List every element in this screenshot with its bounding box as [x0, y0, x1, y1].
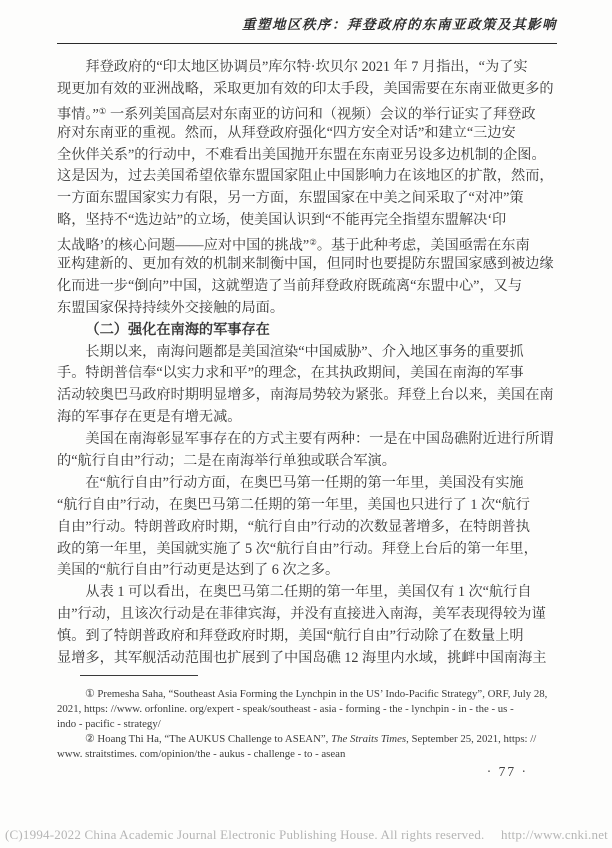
body-line: 在“航行自由”行动方面，在奥巴马第一任期的第一年里，美国没有实施 [57, 473, 559, 495]
footer-url: http://www.cnki.net [501, 827, 608, 843]
body-line: 政的第一年里，美国就实施了 5 次“航行自由”行动。拜登上台后的第一年里， [57, 539, 559, 561]
body-line: 全伙伴关系”的行动中，不难看出美国抛开东盟在东南亚另设多边机制的企图。 [57, 145, 559, 167]
header-rule [57, 43, 557, 44]
footnote-line: www. straitstimes. com/opinion/the - auk… [57, 747, 561, 762]
body-line: 手。特朗普信奉“以实力求和平”的理念，在其执政期间，美国在南海的军事 [57, 363, 559, 385]
body-line: “航行自由”行动，在奥巴马第二任期的第一年里，美国也只进行了 1 次“航行 [57, 495, 559, 517]
body-line: 亚构建新的、更加有效的机制来制衡中国，但同时也要提防东盟国家感到被边缘 [57, 254, 559, 276]
body-line: 美国的“航行自由”行动更是达到了 6 次之多。 [57, 560, 559, 582]
body-line: 长期以来，南海问题都是美国渲染“中国威胁”、介入地区事务的重要抓 [57, 342, 559, 364]
body-text: 拜登政府的“印太地区协调员”库尔特·坎贝尔 2021 年 7 月指出，“为了实现… [57, 57, 559, 670]
footnote-ref: ② [309, 237, 317, 247]
footnote-line: ② Hoang Thi Ha, “The AUKUS Challenge to … [57, 732, 561, 747]
body-line: 这是因为，过去美国希望依靠东盟国家阻止中国影响力在该地区的扩散，然而， [57, 166, 559, 188]
body-line: 拜登政府的“印太地区协调员”库尔特·坎贝尔 2021 年 7 月指出，“为了实 [57, 57, 559, 79]
footnotes: ① Premesha Saha, “Southeast Asia Forming… [57, 687, 561, 762]
body-line: 慎。到了特朗普政府和拜登政府时期，美国“航行自由”行动除了在数量上明 [57, 626, 559, 648]
body-line: 一方面东盟国家实力有限，另一方面，东盟国家在中美之间采取了“对冲”策 [57, 188, 559, 210]
body-line: 府对东南亚的重视。然而，从拜登政府强化“四方安全对话”和建立“三边安 [57, 123, 559, 145]
footnote-line: ① Premesha Saha, “Southeast Asia Forming… [57, 687, 561, 702]
body-line: 海的军事存在更是有增无减。 [57, 407, 559, 429]
footer-copyright: (C)1994-2022 China Academic Journal Elec… [5, 827, 485, 843]
italic-text: The Straits Times [331, 733, 406, 745]
body-line: 东盟国家保持持续外交接触的局面。 [57, 298, 559, 320]
section-heading: （二）强化在南海的军事存在 [57, 320, 559, 342]
page-number: · 77 · [487, 764, 528, 780]
body-line: 显增多，其军舰活动范围也扩展到了中国岛礁 12 海里内水域，挑衅中国南海主 [57, 648, 559, 670]
body-line: 现更加有效的亚洲战略，采取更加有效的印太手段，美国需要在东南亚做更多的 [57, 79, 559, 101]
running-header-title: 重塑地区秩序：拜登政府的东南亚政策及其影响 [242, 13, 557, 33]
body-line: 略，坚持不“选边站”的立场，使美国认识到“不能再完全指望东盟解决‘印 [57, 210, 559, 232]
footer: (C)1994-2022 China Academic Journal Elec… [5, 827, 608, 843]
body-line: 太战略’的核心问题——应对中国的挑战”②。基于此种考虑，美国亟需在东南 [57, 232, 559, 254]
footnote-separator [80, 675, 198, 676]
body-line: 化而进一步“倒向”中国，这就塑造了当前拜登政府既疏离“东盟中心”，又与 [57, 276, 559, 298]
footnote-line: 2021, https: //www. orfonline. org/exper… [57, 702, 561, 717]
body-line: 从表 1 可以看出，在奥巴马第二任期的第一年里，美国仅有 1 次“航行自 [57, 582, 559, 604]
body-line: 由”行动，且该次行动是在菲律宾海，并没有直接进入南海，美军表现得较为谨 [57, 604, 559, 626]
body-line: 自由”行动。特朗普政府时期，“航行自由”行动的次数显著增多，在特朗普执 [57, 517, 559, 539]
body-line: 美国在南海彰显军事存在的方式主要有两种：一是在中国岛礁附近进行所谓 [57, 429, 559, 451]
body-line: 活动较奥巴马政府时期明显增多，南海局势较为紧张。拜登上台以来，美国在南 [57, 385, 559, 407]
body-line: 的“航行自由”行动；二是在南海举行单独或联合军演。 [57, 451, 559, 473]
page: 重塑地区秩序：拜登政府的东南亚政策及其影响 拜登政府的“印太地区协调员”库尔特·… [0, 0, 612, 848]
footnote-line: indo - pacific - strategy/ [57, 717, 561, 732]
body-line: 事情。”① 一系列美国高层对东南亚的访问和（视频）会议的举行证实了拜登政 [57, 101, 559, 123]
